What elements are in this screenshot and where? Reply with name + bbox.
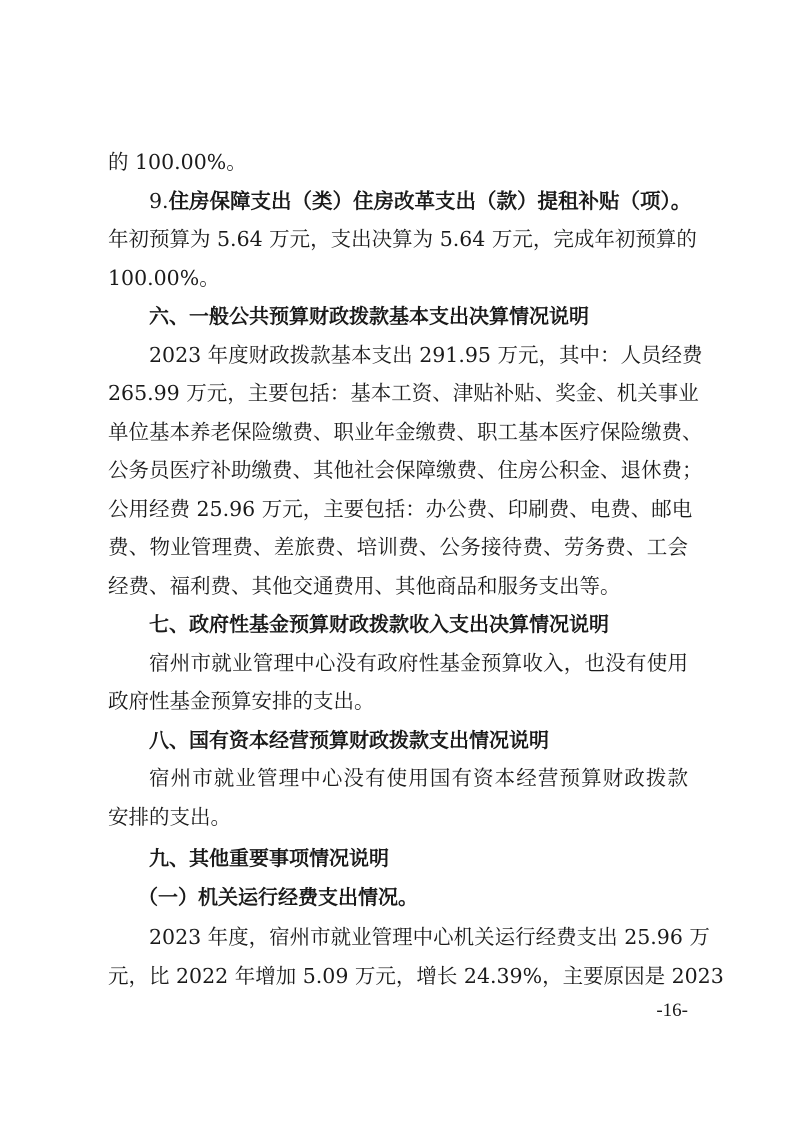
paragraph-line: 公用经费 25.96 万元，主要包括：办公费、印刷费、电费、邮电: [108, 490, 688, 529]
section-heading: 七、政府性基金预算财政拨款收入支出决算情况说明: [108, 605, 688, 644]
document-page: 的 100.00%。 9.住房保障支出（类）住房改革支出（款）提租补贴（项）。 …: [108, 143, 688, 995]
paragraph-line: 政府性基金预算安排的支出。: [108, 682, 688, 721]
item-title: 住房保障支出（类）住房改革支出（款）提租补贴（项）。: [169, 189, 692, 213]
paragraph-line: 2023 年度财政拨款基本支出 291.95 万元，其中：人员经费: [108, 336, 688, 375]
paragraph-line: 元，比 2022 年增加 5.09 万元，增长 24.39%，主要原因是 202…: [108, 957, 688, 996]
paragraph-line: 265.99 万元，主要包括：基本工资、津贴补贴、奖金、机关事业: [108, 374, 688, 413]
paragraph-line: 2023 年度，宿州市就业管理中心机关运行经费支出 25.96 万: [108, 918, 688, 957]
paragraph-line: 的 100.00%。: [108, 143, 688, 182]
section-heading: 八、国有资本经营预算财政拨款支出情况说明: [108, 721, 688, 760]
paragraph-line: 宿州市就业管理中心没有政府性基金预算收入，也没有使用: [108, 644, 688, 683]
subsection-heading: （一）机关运行经费支出情况。: [108, 878, 688, 917]
paragraph-line: 经费、福利费、其他交通费用、其他商品和服务支出等。: [108, 567, 688, 606]
paragraph-line: 费、物业管理费、差旅费、培训费、公务接待费、劳务费、工会: [108, 528, 688, 567]
paragraph-line: 公务员医疗补助缴费、其他社会保障缴费、住房公积金、退休费；: [108, 451, 688, 490]
page-number: -16-: [656, 1000, 688, 1022]
paragraph-line: 单位基本养老保险缴费、职业年金缴费、职工基本医疗保险缴费、: [108, 413, 688, 452]
section-heading: 六、一般公共预算财政拨款基本支出决算情况说明: [108, 297, 688, 336]
paragraph-line: 100.00%。: [108, 259, 688, 298]
section-heading: 九、其他重要事项情况说明: [108, 839, 688, 878]
paragraph-line: 宿州市就业管理中心没有使用国有资本经营预算财政拨款: [108, 759, 688, 798]
paragraph-line: 年初预算为 5.64 万元，支出决算为 5.64 万元，完成年初预算的: [108, 220, 688, 259]
item-9-heading: 9.住房保障支出（类）住房改革支出（款）提租补贴（项）。: [108, 182, 688, 221]
paragraph-line: 安排的支出。: [108, 798, 688, 837]
item-number: 9.: [149, 189, 169, 213]
